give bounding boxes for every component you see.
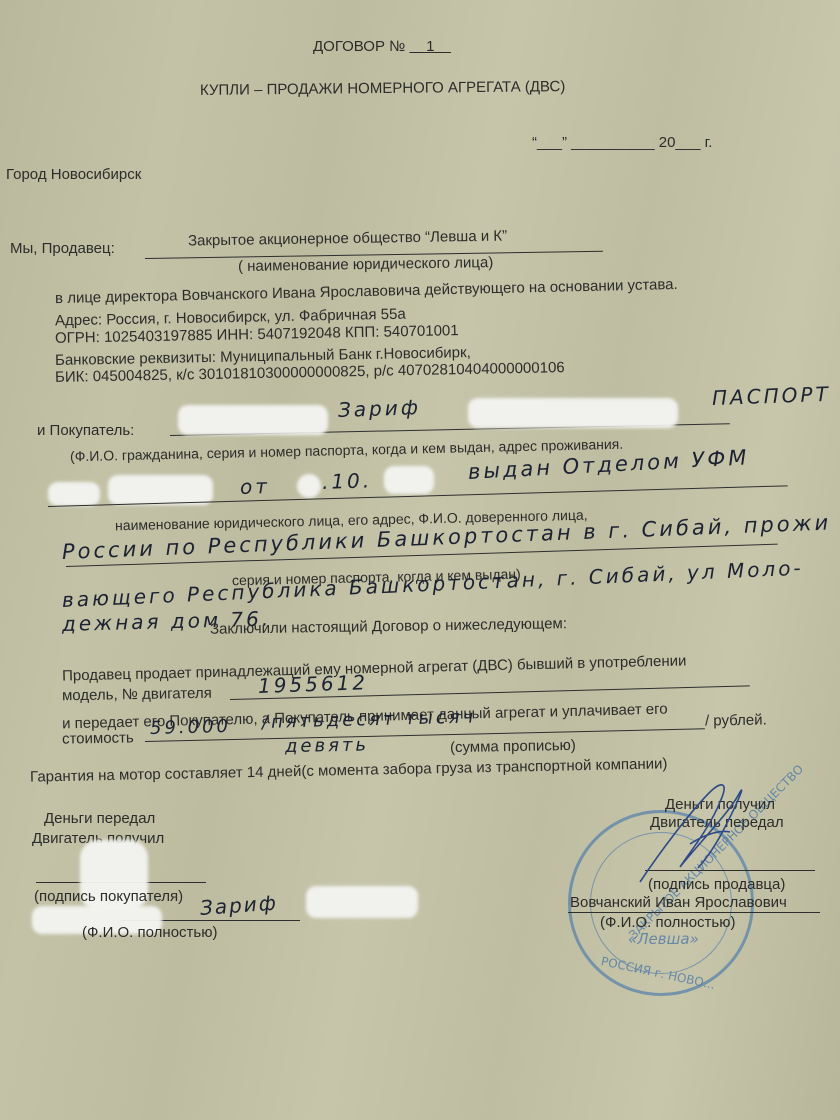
redacted-day — [297, 474, 321, 498]
seller-label: Мы, Продавец: — [10, 240, 115, 257]
model-label: модель, № двигателя — [62, 685, 212, 705]
seller-name-line — [568, 912, 820, 913]
stamp-center-text: «Левша» — [628, 930, 699, 948]
passport-from-handwritten: от — [240, 474, 271, 499]
agreement-clause-1: Продавец продает принадлежащий ему номер… — [62, 652, 687, 684]
seller-name-caption: (Ф.И.О. полностью) — [600, 914, 735, 931]
redacted-passport-number — [108, 475, 213, 505]
passport-date-handwritten: .10. — [322, 468, 373, 494]
seller-name-caption: ( наименование юридического лица) — [238, 254, 494, 275]
seller-signature-caption: (подпись продавца) — [648, 876, 785, 893]
date-field: “___” __________ 20___ г. — [532, 134, 712, 151]
redacted-patronymic — [468, 398, 678, 428]
redacted-buyer-patronymic — [306, 886, 418, 918]
seller-director: в лице директора Вовчанского Ивана Яросл… — [55, 276, 678, 307]
price-value-handwritten: 59.000 — [150, 716, 232, 739]
redacted-passport-series — [48, 482, 100, 506]
seller-signature — [620, 772, 780, 892]
seller-name: Вовчанский Иван Ярославович — [570, 894, 787, 911]
engine-number-handwritten: 1955612 — [258, 670, 369, 698]
price-label: стоимость — [62, 729, 134, 747]
price-words-caption: (сумма прописью) — [450, 737, 576, 756]
buyer-name-caption: (Ф.И.О. полностью) — [82, 924, 217, 941]
price-words-handwritten-1: /пятьдесят тысяч — [262, 706, 477, 733]
buyer-label: и Покупатель: — [37, 422, 134, 439]
redacted-surname — [178, 405, 328, 435]
contract-subtitle: КУПЛИ – ПРОДАЖИ НОМЕРНОГО АГРЕГАТА (ДВС) — [200, 78, 565, 99]
redacted-year — [384, 466, 434, 494]
buyer-address-handwritten-2: вающего Республика Башкортостан, г. Сиба… — [61, 556, 804, 612]
contract-title: ДОГОВОР № 1 — [313, 38, 451, 55]
buyer-passport-handwritten: ПАСПОРТ — [712, 382, 832, 410]
city: Город Новосибирск — [6, 166, 141, 183]
contract-number: 1 — [409, 38, 451, 55]
buyer-signature-caption: (подпись покупателя) — [34, 888, 183, 905]
buyer-money-given: Деньги передал — [44, 810, 155, 827]
buyer-name-handwritten: Зариф — [199, 891, 278, 920]
currency: / рублей. — [705, 711, 767, 729]
seller-name: Закрытое акционерное общество “Левша и К… — [188, 227, 507, 249]
contract-label: ДОГОВОР № — [313, 38, 405, 55]
buyer-first-name-handwritten: Зариф — [338, 395, 422, 422]
price-words-handwritten-2: девять — [285, 735, 369, 757]
warranty-clause: Гарантия на мотор составляет 14 дней(с м… — [30, 755, 668, 785]
